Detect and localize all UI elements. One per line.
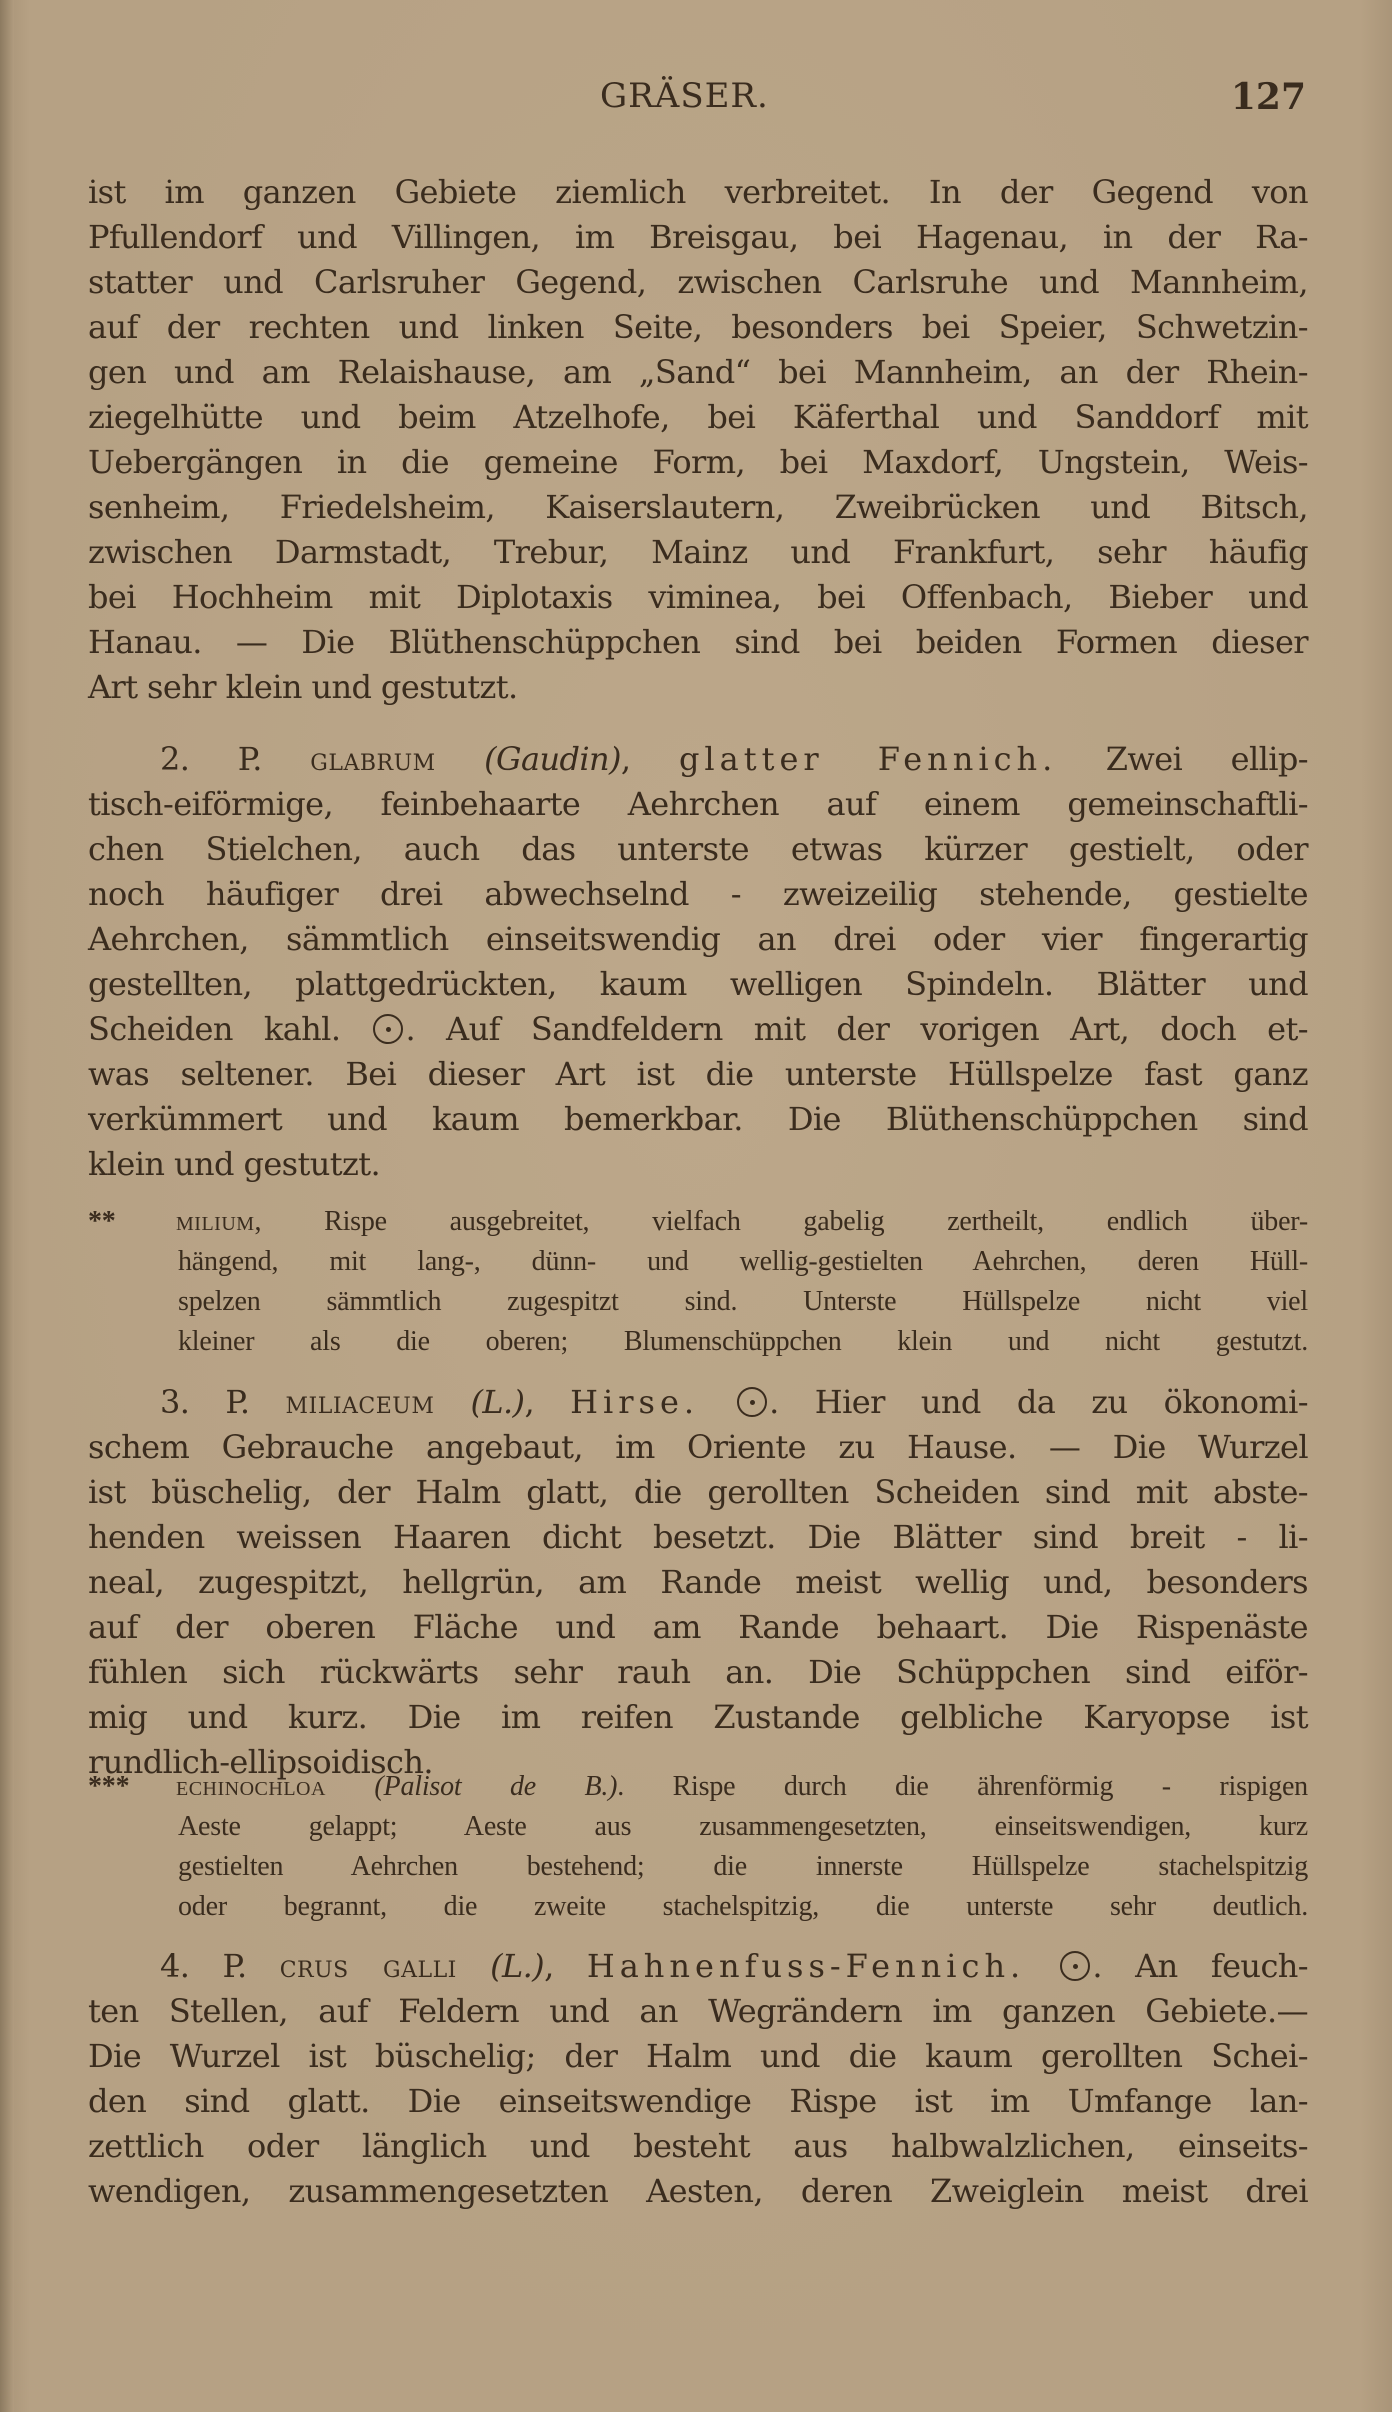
page-number: 127 xyxy=(1231,76,1306,118)
species-number: 4. P. xyxy=(160,1947,247,1985)
species-author: (L.) xyxy=(470,1383,524,1421)
text-line: auf der rechten und linken Seite, besond… xyxy=(88,305,1308,349)
text-line: Aeste gelappt; Aeste aus zusammengesetzt… xyxy=(178,1807,1308,1847)
text-fragment: . Hier und da zu ökonomi- xyxy=(769,1383,1308,1421)
text-line: senheim, Friedelsheim, Kaiserslautern, Z… xyxy=(88,485,1308,529)
genus-author: (Palisot de B.) xyxy=(374,1771,617,1802)
species-heading-line: 3. P. miliaceum (L.), Hirse. . Hier und … xyxy=(160,1380,1308,1424)
text-line: hängend, mit lang-, dünn- und wellig-ges… xyxy=(178,1242,1308,1282)
text-line: gestielten Aehrchen bestehend; die inner… xyxy=(178,1847,1308,1887)
text-line: schem Gebrauche angebaut, im Oriente zu … xyxy=(88,1425,1308,1469)
text-line: neal, zugespitzt, hellgrün, am Rande mei… xyxy=(88,1560,1308,1604)
text-line: Uebergängen in die gemeine Form, bei Max… xyxy=(88,440,1308,484)
common-name: Hirse. xyxy=(570,1383,699,1421)
text-fragment: . Auf Sandfeldern mit der vorigen Art, d… xyxy=(405,1010,1308,1048)
text-line: Die Wurzel ist büschelig; der Halm und d… xyxy=(88,2034,1308,2078)
note-heading-line: ***echinochloa (Palisot de B.). Rispe du… xyxy=(88,1767,1308,1807)
note-marker: *** xyxy=(88,1767,176,1807)
text-line: verkümmert und kaum bemerkbar. Die Blüth… xyxy=(88,1097,1308,1141)
text-line: oder begrannt, die zweite stachelspitzig… xyxy=(178,1887,1308,1927)
text-line: bei Hochheim mit Diplotaxis viminea, bei… xyxy=(88,575,1308,619)
species-name: glabrum xyxy=(310,740,435,778)
species-number: 3. P. xyxy=(160,1383,249,1421)
text-line: ziegelhütte und beim Atzelhofe, bei Käfe… xyxy=(88,395,1308,439)
common-name: Hahnenfuss-Fennich. xyxy=(587,1947,1025,1985)
text-line: statter und Carlsruher Gegend, zwischen … xyxy=(88,260,1308,304)
species-heading-line: 2. P. glabrum (Gaudin), glatter Fennich.… xyxy=(160,737,1308,781)
text-line: henden weissen Haaren dicht besetzt. Die… xyxy=(88,1515,1308,1559)
annual-plant-icon xyxy=(1060,1951,1090,1981)
text-fragment: . An feuch- xyxy=(1092,1947,1308,1985)
text-line: wendigen, zusammengesetzten Aesten, dere… xyxy=(88,2169,1308,2213)
species-heading-line: 4. P. crus galli (L.), Hahnenfuss-Fennic… xyxy=(160,1944,1308,1988)
text-line: ten Stellen, auf Feldern und an Wegrände… xyxy=(88,1989,1308,2033)
text-fragment: , Rispe ausgebreitet, vielfach gabelig z… xyxy=(255,1206,1308,1237)
text-line: fühlen sich rückwärts sehr rauh an. Die … xyxy=(88,1650,1308,1694)
page-header: GRÄSER. 127 xyxy=(0,72,1392,122)
text-line: mig und kurz. Die im reifen Zustande gel… xyxy=(88,1695,1308,1739)
text-line: Pfullendorf und Villingen, im Breisgau, … xyxy=(88,215,1308,259)
text-line: zettlich oder länglich und besteht aus h… xyxy=(88,2124,1308,2168)
text-line: ist büschelig, der Halm glatt, die gerol… xyxy=(88,1470,1308,1514)
text-line: tisch-eiförmige, feinbehaarte Aehrchen a… xyxy=(88,782,1308,826)
genus-name: echinochloa xyxy=(176,1771,326,1802)
text-fragment: . Rispe durch die ährenförmig - rispigen xyxy=(617,1771,1308,1802)
text-line: Scheiden kahl. . Auf Sandfeldern mit der… xyxy=(88,1007,1308,1051)
text-line: was seltener. Bei dieser Art ist die unt… xyxy=(88,1052,1308,1096)
note-marker: ** xyxy=(88,1202,176,1242)
text-line: Aehrchen, sämmtlich einseitswendig an dr… xyxy=(88,917,1308,961)
text-line: spelzen sämmtlich zugespitzt sind. Unter… xyxy=(178,1282,1308,1322)
species-author: (L.) xyxy=(490,1947,544,1985)
common-name: glatter Fennich. xyxy=(679,740,1057,778)
text-line: gestellten, plattgedrückten, kaum wellig… xyxy=(88,962,1308,1006)
text-line: zwischen Darmstadt, Trebur, Mainz und Fr… xyxy=(88,530,1308,574)
book-page: GRÄSER. 127 ist im ganzen Gebiete ziemli… xyxy=(0,0,1392,2412)
text-fragment: Scheiden kahl. xyxy=(88,1010,340,1048)
note-heading-line: **milium, Rispe ausgebreitet, vielfach g… xyxy=(88,1202,1308,1242)
text-line: chen Stielchen, auch das unterste etwas … xyxy=(88,827,1308,871)
text-line: gen und am Relaishause, am „Sand“ bei Ma… xyxy=(88,350,1308,394)
text-line: den sind glatt. Die einseitswendige Risp… xyxy=(88,2079,1308,2123)
text-line: ist im ganzen Gebiete ziemlich verbreite… xyxy=(88,170,1308,214)
text-fragment: Zwei ellip- xyxy=(1106,740,1308,778)
species-name: crus galli xyxy=(280,1947,457,1985)
species-name: miliaceum xyxy=(286,1383,435,1421)
species-number: 2. P. xyxy=(160,740,262,778)
text-line: kleiner als die oberen; Blumenschüppchen… xyxy=(178,1322,1308,1362)
annual-plant-icon xyxy=(737,1387,767,1417)
running-title: GRÄSER. xyxy=(600,76,769,116)
page-edge xyxy=(0,0,14,2412)
text-line: klein und gestutzt. xyxy=(88,1142,1308,1186)
genus-name: milium xyxy=(176,1206,255,1237)
text-line: noch häufiger drei abwechselnd - zweizei… xyxy=(88,872,1308,916)
annual-plant-icon xyxy=(373,1014,403,1044)
species-author: (Gaudin) xyxy=(484,740,621,778)
text-line: Art sehr klein und gestutzt. xyxy=(88,665,1308,709)
text-line: Hanau. — Die Blüthenschüppchen sind bei … xyxy=(88,620,1308,664)
text-line: auf der oberen Fläche und am Rande behaa… xyxy=(88,1605,1308,1649)
